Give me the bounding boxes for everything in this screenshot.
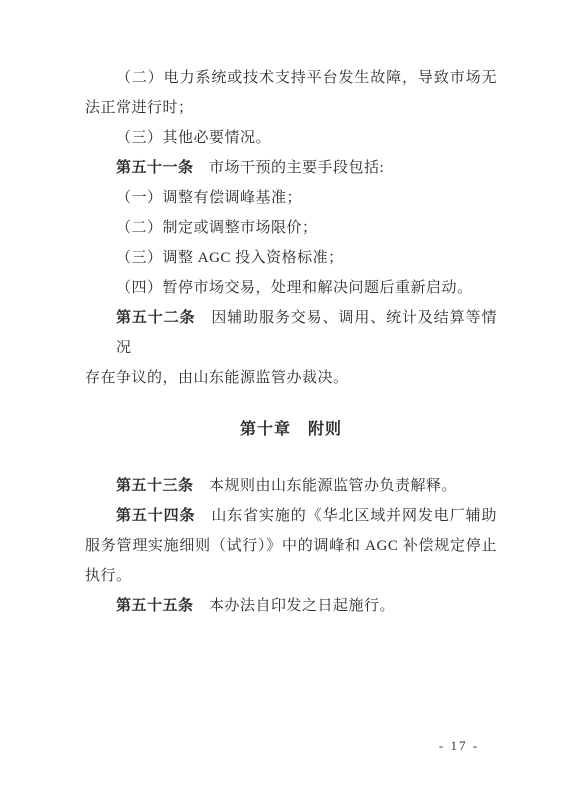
text-line: 执行。 bbox=[85, 561, 497, 591]
text-line: （一）调整有偿调峰基准； bbox=[85, 183, 497, 213]
text-line: （三）其他必要情况。 bbox=[85, 123, 497, 153]
text-line: （二）电力系统或技术支持平台发生故障，导致市场无 bbox=[85, 63, 497, 93]
article-number: 第五十五条 bbox=[116, 598, 194, 614]
line-text: （三）调整 AGC 投入资格标准； bbox=[116, 250, 344, 266]
text-line: 第五十四条 山东省实施的《华北区域并网发电厂辅助 bbox=[85, 501, 497, 531]
text-line: 第五十三条 本规则由山东能源监管办负责解释。 bbox=[85, 471, 497, 501]
text-line: 第五十一条 市场干预的主要手段包括: bbox=[85, 153, 497, 183]
line-text: 本规则由山东能源监管办负责解释。 bbox=[194, 478, 458, 494]
line-text: （三）其他必要情况。 bbox=[116, 130, 271, 146]
text-line: 服务管理实施细则（试行）》中的调峰和 AGC 补偿规定停止 bbox=[85, 531, 497, 561]
line-text: 市场干预的主要手段包括: bbox=[194, 160, 385, 176]
text-line: （二）制定或调整市场限价； bbox=[85, 213, 497, 243]
document-page: （二）电力系统或技术支持平台发生故障，导致市场无 法正常进行时； （三）其他必要… bbox=[0, 0, 566, 800]
article-number: 第五十四条 bbox=[116, 508, 195, 524]
text-line: （四）暂停市场交易，处理和解决问题后重新启动。 bbox=[85, 273, 497, 303]
chapter-heading: 第十章 附则 bbox=[85, 415, 497, 445]
text-line: 法正常进行时； bbox=[85, 93, 497, 123]
line-text: （一）调整有偿调峰基准； bbox=[116, 190, 302, 206]
line-text: 存在争议的，由山东能源监管办裁决。 bbox=[85, 370, 349, 386]
article-number: 第五十二条 bbox=[116, 310, 195, 326]
line-text: 本办法自印发之日起施行。 bbox=[194, 598, 396, 614]
line-text: 执行。 bbox=[85, 568, 132, 584]
article-number: 第五十一条 bbox=[116, 160, 194, 176]
text-line: 第五十五条 本办法自印发之日起施行。 bbox=[85, 591, 497, 621]
text-line: 存在争议的，由山东能源监管办裁决。 bbox=[85, 363, 497, 393]
text-line: 第五十二条 因辅助服务交易、调用、统计及结算等情况 bbox=[85, 303, 497, 363]
line-text: 山东省实施的《华北区域并网发电厂辅助 bbox=[195, 508, 497, 524]
line-text: （二）电力系统或技术支持平台发生故障，导致市场无 bbox=[116, 70, 497, 86]
page-number: - 17 - bbox=[428, 735, 490, 757]
line-text: 法正常进行时； bbox=[85, 100, 194, 116]
line-text: 服务管理实施细则（试行）》中的调峰和 AGC 补偿规定停止 bbox=[85, 538, 497, 554]
text-line: （三）调整 AGC 投入资格标准； bbox=[85, 243, 497, 273]
line-text: （四）暂停市场交易，处理和解决问题后重新启动。 bbox=[116, 280, 473, 296]
article-number: 第五十三条 bbox=[116, 478, 194, 494]
document-body: （二）电力系统或技术支持平台发生故障，导致市场无 法正常进行时； （三）其他必要… bbox=[85, 63, 497, 621]
line-text: （二）制定或调整市场限价； bbox=[116, 220, 318, 236]
